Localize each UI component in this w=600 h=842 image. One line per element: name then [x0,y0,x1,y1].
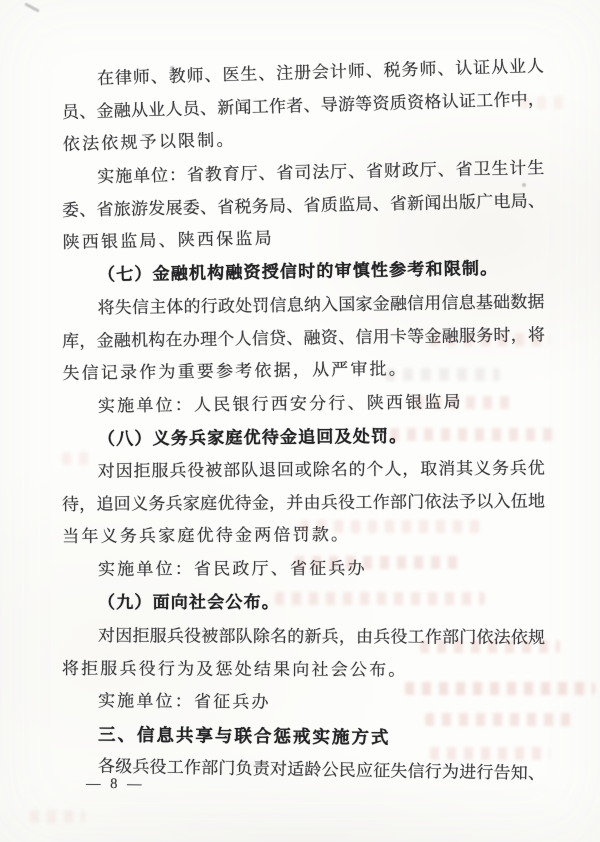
heading-item-9: （九）面向社会公布。 [62,587,545,620]
heading-line: （八）义务兵家庭优待金追回及处罚。 [62,419,545,456]
text-line: 当年义务兵家庭优待金两倍罚款。 [62,518,545,554]
scan-speck [24,2,40,12]
implementing-units-qualification: 实施单位：省教育厅、省司法厅、省财政厅、省卫生计生 委、省旅游发展委、省税务局、… [61,152,546,260]
paragraph-public-announcement: 对因拒服兵役被部队除名的新兵，由兵役工作部门依法依规 将拒服兵役行为及惩处结果向… [62,620,545,687]
text-line: 库，金融机构在办理个人信贷、融资、信用卡等金融服务时，将 [62,319,545,358]
text-line: 将拒服兵役行为及惩处结果向社会公布。 [62,652,545,687]
text-line: 实施单位：省民政厅、省征兵办 [62,553,545,587]
text-line: 实施单位：省征兵办 [62,685,545,721]
heading-line: （九）面向社会公布。 [62,587,545,620]
text-line: 失信记录作为重要参考依据，从严审批。 [62,351,545,390]
heading-line: 三、信息共享与联合惩戒实施方式 [62,718,545,756]
text-line: 实施单位：人民银行西安分行、陕西银监局 [62,385,545,423]
text-line: 待，追回义务兵家庭优待金，并由兵役工作部门依法予以入伍地 [62,486,545,522]
document-body: 在律师、教师、医生、注册会计师、税务师、认证从业人 员、金融从业人员、新闻工作者… [62,64,545,783]
page-number: — 8 — [86,776,145,794]
text-line: 对因拒服兵役被部队除名的新兵，由兵役工作部门依法依规 [62,620,545,655]
bleedthrough-smudge [30,810,85,823]
text-line: 对因拒服兵役被部队退回或除名的个人，取消其义务兵优 [62,453,545,489]
paragraph-qualification-restriction: 在律师、教师、医生、注册会计师、税务师、认证从业人 员、金融从业人员、新闻工作者… [61,51,547,163]
implementing-units-item-8: 实施单位：省民政厅、省征兵办 [62,553,545,587]
paragraph-financial-credit: 将失信主体的行政处罚信息纳入国家金融信用信息基础数据 库，金融机构在办理个人信贷… [61,286,545,391]
implementing-units-item-7: 实施单位：人民银行西安分行、陕西银监局 [62,385,545,423]
scanned-document-page: 在律师、教师、医生、注册会计师、税务师、认证从业人 员、金融从业人员、新闻工作者… [0,0,600,842]
paragraph-preferential-payment: 对因拒服兵役被部队退回或除名的个人，取消其义务兵优 待，追回义务兵家庭优待金，并… [62,453,546,554]
implementing-units-item-9: 实施单位：省征兵办 [62,685,545,721]
heading-item-8: （八）义务兵家庭优待金追回及处罚。 [62,419,545,456]
heading-section-3: 三、信息共享与联合惩戒实施方式 [62,718,545,756]
